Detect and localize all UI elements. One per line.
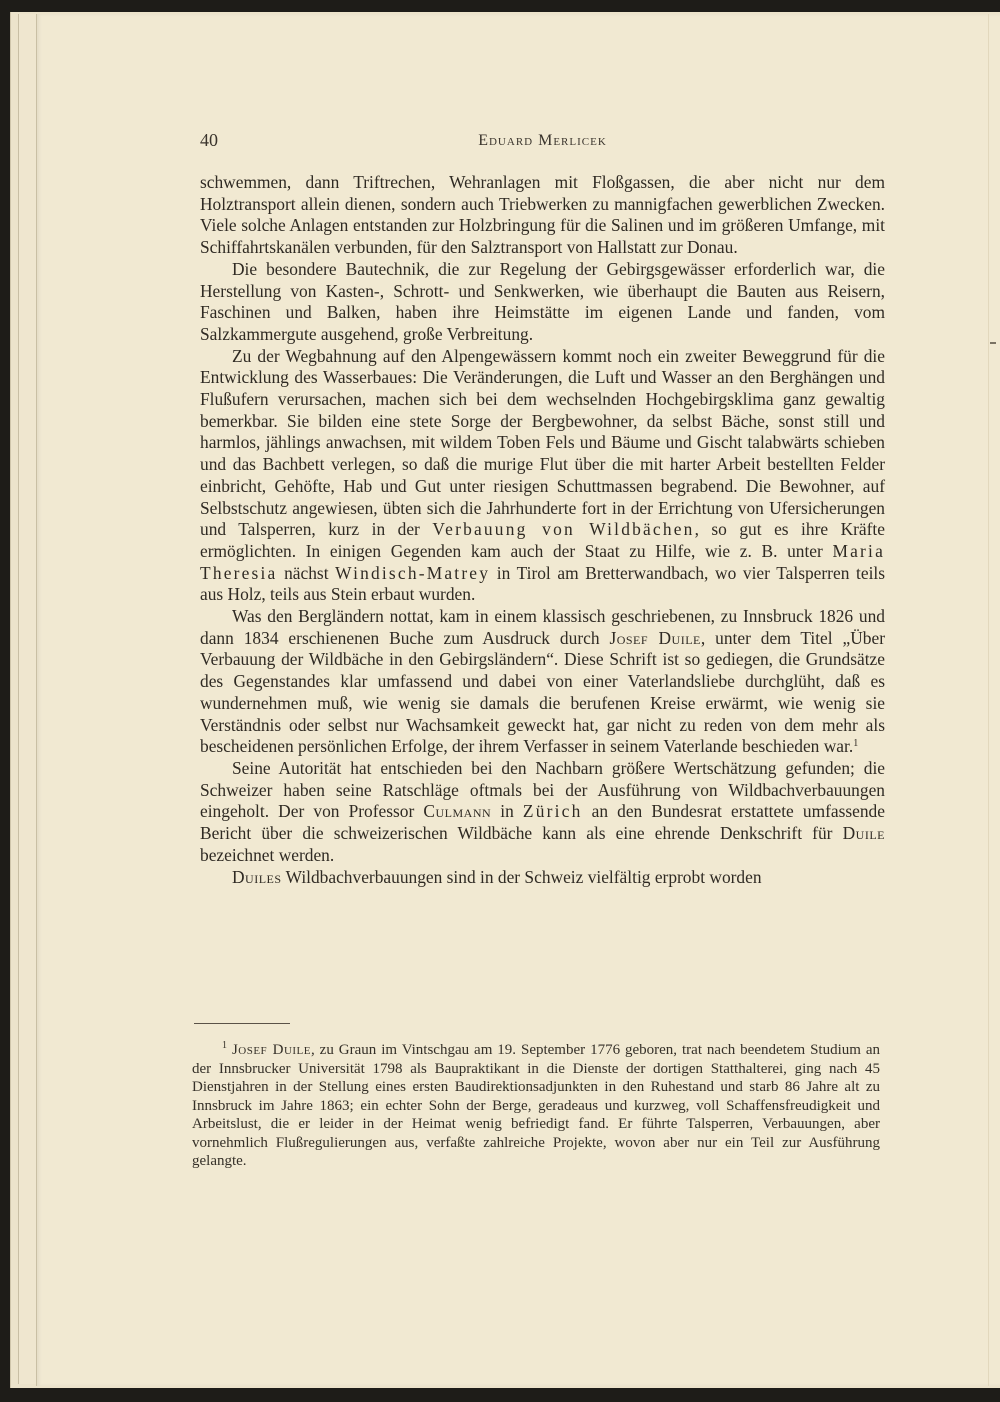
paragraph-5: Seine Autorität hat entschieden bei den …: [200, 758, 885, 867]
spaced-emphasis: Windisch-Matrey: [335, 563, 490, 583]
paragraph-6: Duiles Wildbachverbauungen sind in der S…: [200, 867, 885, 889]
page-header: 40 Eduard Merlicek: [200, 130, 885, 154]
spaced-emphasis: Zürich: [523, 801, 583, 821]
paragraph-4: Was den Bergländern nottat, kam in einem…: [200, 606, 885, 758]
paragraph-3: Zu der Wegbahnung auf den Alpengewässern…: [200, 346, 885, 606]
paragraph-1: schwemmen, dann Triftrechen, Wehranlagen…: [200, 172, 885, 259]
person-name: Josef Duile: [232, 1042, 311, 1058]
person-name: Duile: [843, 823, 885, 843]
footnote-text: , zu Graun im Vintschgau am 19. Septembe…: [192, 1042, 880, 1169]
page-crease: [988, 14, 989, 1386]
spaced-emphasis: Verbauung von Wildbächen: [432, 519, 694, 539]
person-name: Culmann: [423, 801, 491, 821]
edge-mark: [990, 342, 996, 344]
text-run: nächst: [277, 563, 335, 583]
person-name: Duiles: [232, 867, 282, 887]
footnote-marker: 1: [222, 1040, 227, 1051]
text-run: Zu der Wegbahnung auf den Alpengewässern…: [200, 346, 885, 540]
text-run: Wildbachverbauungen sind in der Schweiz …: [282, 867, 762, 887]
text-run: bezeichnet werden.: [200, 845, 334, 865]
footnote: 1 Josef Duile, zu Graun im Vintschgau am…: [192, 1041, 880, 1171]
body-text: schwemmen, dann Triftrechen, Wehranlagen…: [200, 172, 885, 888]
footnote-divider: [194, 1023, 290, 1024]
running-head: Eduard Merlicek: [200, 132, 885, 150]
text-run: in: [491, 801, 523, 821]
person-name: Josef Duile: [609, 628, 700, 648]
footnote-reference[interactable]: 1: [853, 738, 858, 749]
paragraph-2: Die besondere Bautechnik, die zur Regelu…: [200, 259, 885, 346]
